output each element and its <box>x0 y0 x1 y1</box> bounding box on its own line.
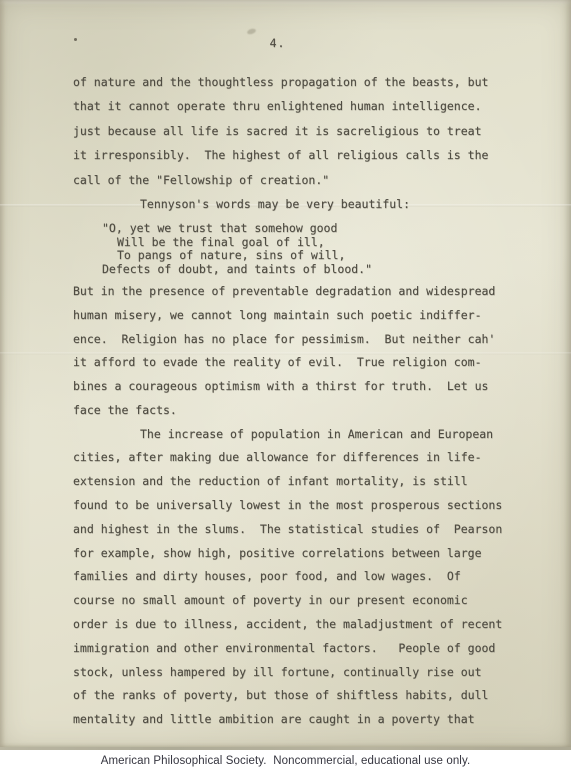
text-line: Tennyson's words may be very beautiful: <box>73 192 541 216</box>
text-line: The increase of population in American a… <box>73 423 541 447</box>
text-line: that it cannot operate thru enlightened … <box>73 94 541 118</box>
text-line: ence. Religion has no place for pessimis… <box>73 328 541 352</box>
text-line: it afford to evade the reality of evil. … <box>73 351 541 375</box>
text-line: stock, unless hampered by ill fortune, c… <box>73 661 541 685</box>
text-line: bines a courageous optimism with a thirs… <box>73 375 541 399</box>
text-line: order is due to illness, accident, the m… <box>73 613 541 637</box>
text-line: course no small amount of poverty in our… <box>73 589 541 613</box>
text-line: for example, show high, positive correla… <box>73 542 541 566</box>
text-block-main: But in the presence of preventable degra… <box>73 280 541 732</box>
document-lines: of nature and the thoughtless propagatio… <box>73 70 541 732</box>
text-line: human misery, we cannot long maintain su… <box>73 304 541 328</box>
text-line: face the facts. <box>73 399 541 423</box>
attribution-text: American Philosophical Society. Noncomme… <box>101 755 471 767</box>
text-line: families and dirty houses, poor food, an… <box>73 565 541 589</box>
text-line: just because all life is sacred it is sa… <box>73 119 541 143</box>
text-line: To pangs of nature, sins of will, <box>73 249 541 262</box>
text-line: and highest in the slums. The statistica… <box>73 518 541 542</box>
text-line: mentality and little ambition are caught… <box>73 708 541 732</box>
document-page: 4. of nature and the thoughtless propaga… <box>0 0 571 750</box>
attribution-bar: American Philosophical Society. Noncomme… <box>0 750 571 772</box>
text-line: cities, after making due allowance for d… <box>73 446 541 470</box>
text-line: extension and the reduction of infant mo… <box>73 470 541 494</box>
text-line: it irresponsibly. The highest of all rel… <box>73 143 541 167</box>
ink-smudge <box>246 28 256 36</box>
text-line: Will be the final goal of ill, <box>73 236 541 249</box>
text-line: of the ranks of poverty, but those of sh… <box>73 684 541 708</box>
scanned-document: 4. of nature and the thoughtless propaga… <box>0 0 571 772</box>
text-line: "O, yet we trust that somehow good <box>73 222 541 235</box>
text-line: call of the "Fellowship of creation." <box>73 168 541 192</box>
text-line: Defects of doubt, and taints of blood." <box>73 263 541 276</box>
text-block-verse: "O, yet we trust that somehow goodWill b… <box>73 222 541 276</box>
text-line: But in the presence of preventable degra… <box>73 280 541 304</box>
text-line: immigration and other environmental fact… <box>73 637 541 661</box>
text-line: of nature and the thoughtless propagatio… <box>73 70 541 94</box>
page-number: 4. <box>0 36 563 50</box>
text-block-opening: of nature and the thoughtless propagatio… <box>73 70 541 216</box>
text-line: found to be universally lowest in the mo… <box>73 494 541 518</box>
